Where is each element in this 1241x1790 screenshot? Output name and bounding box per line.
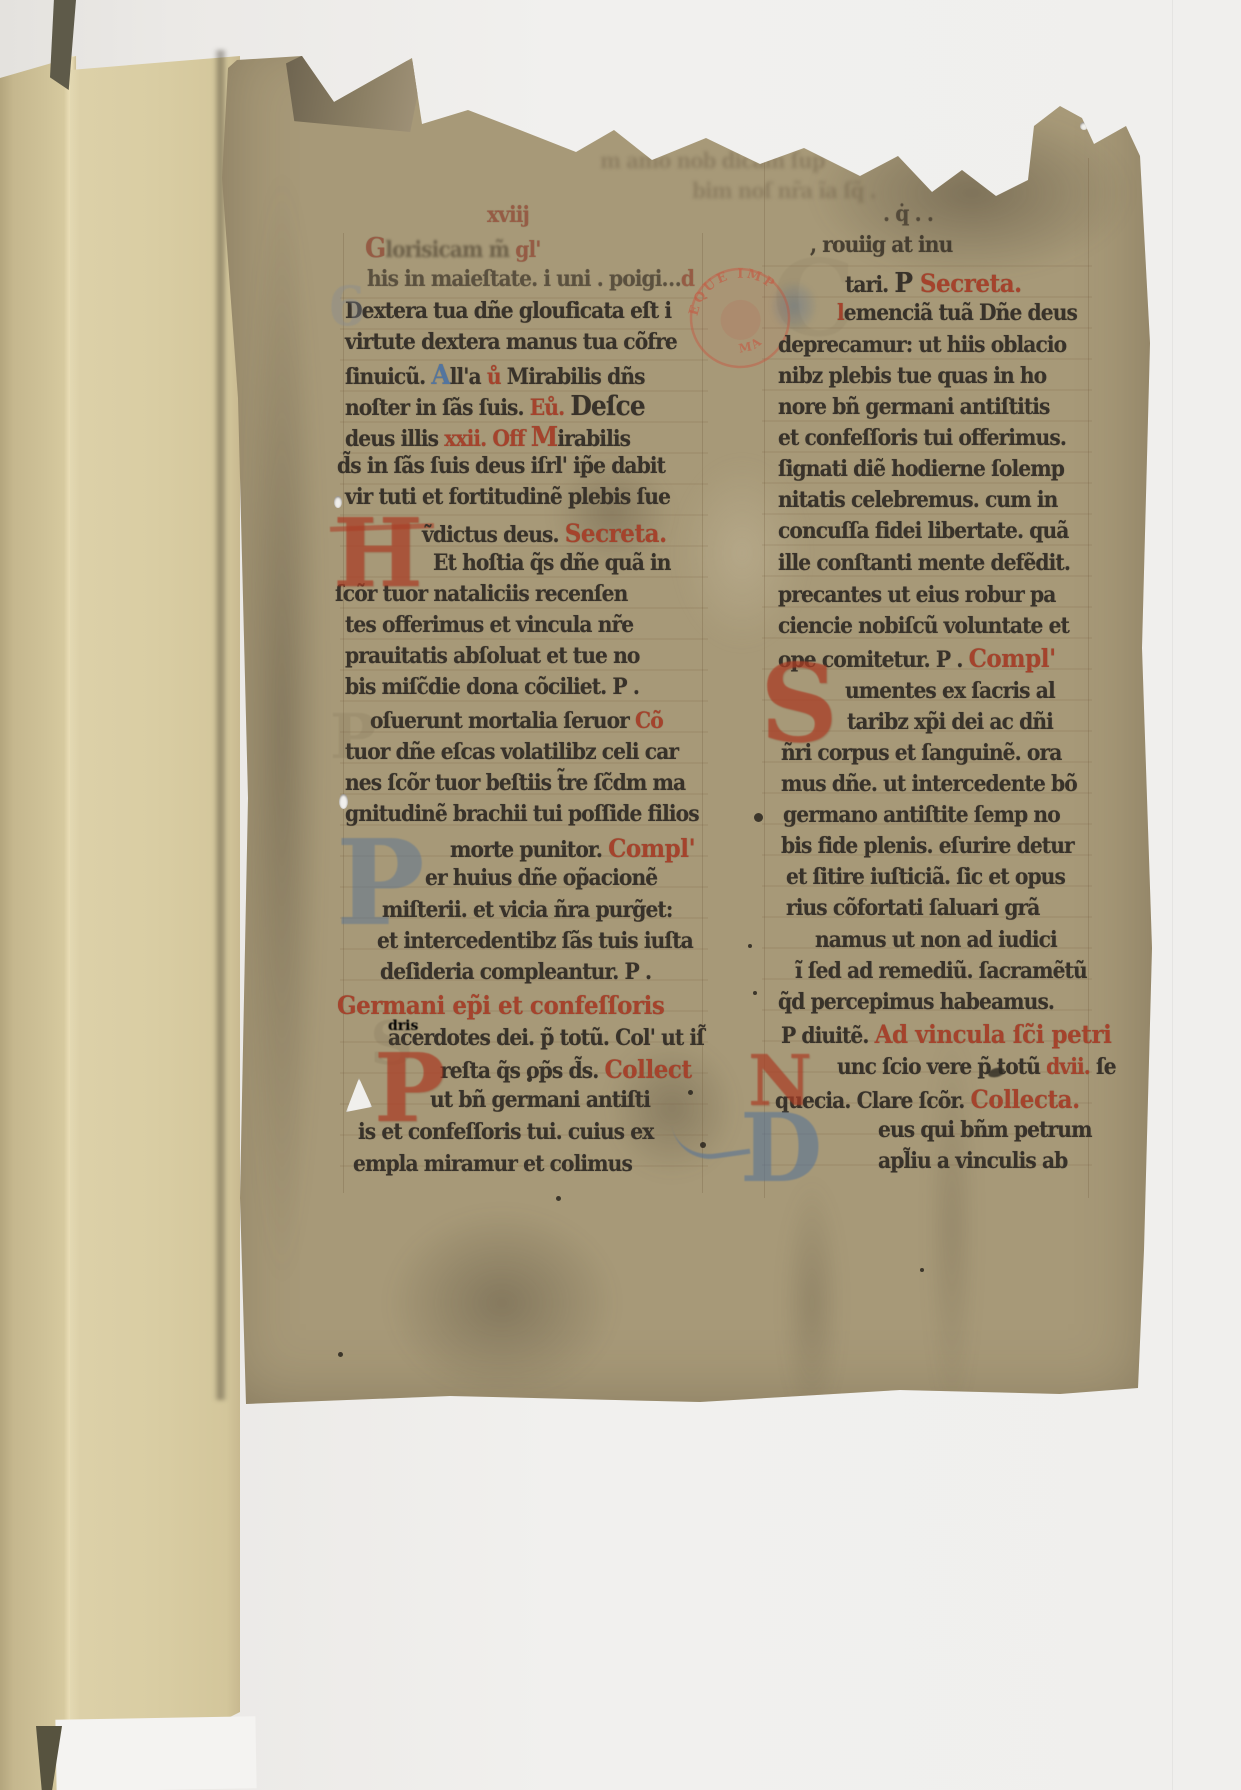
text-run: xxii. Off bbox=[444, 426, 531, 452]
text-run: irabilis bbox=[557, 426, 630, 452]
text-line-left: miſterii. et vicia ñra purg̃et: bbox=[382, 897, 672, 923]
text-run: xviij bbox=[487, 202, 529, 228]
text-run: ĩ ſed ad remediũ. ſacramẽtũ bbox=[795, 958, 1087, 984]
text-line-right: bis fide plenis. eſurire detur bbox=[781, 833, 1074, 859]
text-run: Secreta. bbox=[565, 519, 667, 548]
text-run: et confeſſoris tui offerimus. bbox=[778, 425, 1066, 451]
text-run: Cõ bbox=[635, 708, 663, 734]
text-run: nibz plebis tue quas in ho bbox=[778, 363, 1046, 389]
text-line-right: mus dñe. ut intercedente bõ bbox=[781, 771, 1077, 797]
text-run: Et hoſtia q̃s dñe quã in bbox=[433, 550, 671, 576]
text-run: virtute dextera manus tua cõfre bbox=[345, 329, 677, 355]
text-run: precantes ut eius robur pa bbox=[778, 582, 1055, 608]
text-run: morte punitor. bbox=[450, 837, 608, 863]
text-run: Deſce bbox=[570, 391, 644, 422]
text-line-left: tes offerimus et vincula nr̃e bbox=[345, 612, 633, 638]
text-line-right: apl̃iu a vinculis ab bbox=[878, 1148, 1067, 1174]
text-line-left: prauitatis abſoluat et tue no bbox=[345, 643, 639, 669]
text-run: gl' bbox=[515, 237, 540, 263]
text-run: eus qui bñm petrum bbox=[878, 1117, 1092, 1143]
text-run: germano antiſtite ſemp no bbox=[783, 802, 1060, 828]
text-run: bis fide plenis. eſurire detur bbox=[781, 833, 1074, 859]
text-run: nore bñ germani antiſtitis bbox=[778, 394, 1050, 420]
text-line-left: reſta q̃s op̃s d̃s. Collect bbox=[440, 1055, 692, 1084]
text-run: . q̇ . . bbox=[883, 201, 933, 227]
text-run: umentes ex ſacris al bbox=[845, 678, 1055, 704]
text-run: d̃s in ſãs ſuis deus iſrl' ip̃e dabit bbox=[337, 453, 665, 479]
text-run: Compl' bbox=[608, 834, 695, 863]
initial-h-red: H bbox=[333, 515, 423, 593]
text-run: noſter in ſãs ſuis. bbox=[345, 395, 530, 421]
text-run: rius cõfortati ſaluari grã bbox=[786, 895, 1040, 921]
backing-sheet-bottom bbox=[55, 1716, 256, 1790]
text-line-right: et confeſſoris tui offerimus. bbox=[778, 425, 1066, 451]
text-run: nes ſcõr tuor beſtiis t̃re ſc̃dm ma bbox=[345, 770, 685, 796]
text-line-right: eus qui bñm petrum bbox=[878, 1117, 1092, 1143]
initial-c-ghost: C bbox=[772, 255, 856, 341]
text-run: his in maieſtate. i uni . poigi… bbox=[367, 266, 681, 292]
text-run: Compl' bbox=[969, 644, 1056, 673]
text-run: unc ſcio vere p̃ totũ bbox=[837, 1054, 1046, 1080]
text-run: lorisicam m̃ bbox=[385, 237, 515, 263]
text-run: bis miſc̃die dona cõciliet. P . bbox=[345, 674, 639, 700]
gutter-shadow bbox=[214, 50, 226, 1400]
text-run: apl̃iu a vinculis ab bbox=[878, 1148, 1067, 1174]
ghost-offset-text: m amo nob dicam ſup̃ bbox=[600, 148, 825, 173]
text-run: er huius dñe op̃acionẽ bbox=[425, 865, 657, 891]
text-run: A bbox=[431, 360, 449, 391]
initial-p-red: P bbox=[374, 1050, 445, 1128]
text-line-left: noſter in ſãs ſuis. Eů. Deſce bbox=[345, 391, 645, 422]
text-line-right: germano antiſtite ſemp no bbox=[783, 802, 1060, 828]
text-run: miſterii. et vicia ñra purg̃et: bbox=[382, 897, 672, 923]
text-line-right: tari. P Secreta. bbox=[845, 268, 1022, 299]
text-line-right: q̃d percepimus habeamus. bbox=[778, 989, 1054, 1015]
initial-s-red: S bbox=[760, 660, 838, 749]
text-line-right: ſignati diẽ hodierne ſolemp bbox=[778, 456, 1064, 482]
text-run: concuſſa fidei libertate. quã bbox=[778, 518, 1068, 544]
text-run: ut bñ germani antiſti bbox=[430, 1087, 650, 1113]
text-line-left: er huius dñe op̃acionẽ bbox=[425, 865, 657, 891]
manuscript-leaf: EQUE IMP MA 24 xviijGlorisicam m̃ gl'his… bbox=[222, 28, 1152, 1408]
text-run: ſinuicũ. bbox=[345, 364, 431, 390]
text-run: ů bbox=[487, 364, 507, 390]
margin-paraph: 6 bbox=[328, 284, 366, 328]
text-line-left: bis miſc̃die dona cõciliet. P . bbox=[345, 674, 639, 700]
text-run: taribz xp̃i dei ac dñi bbox=[847, 709, 1053, 735]
scanned-manuscript-photo: { "folio_number": "24", "colors": { "rub… bbox=[0, 0, 1241, 1790]
text-run: tuor dñe eſcas volatilibz celi car bbox=[345, 739, 678, 765]
text-line-left: tuor dñe eſcas volatilibz celi car bbox=[345, 739, 678, 765]
text-line-right: precantes ut eius robur pa bbox=[778, 582, 1055, 608]
text-line-left: his in maieſtate. i uni . poigi…d bbox=[367, 266, 694, 292]
text-line-left: ṽdictus deus. Secreta. bbox=[422, 519, 667, 548]
text-line-left: Glorisicam m̃ gl' bbox=[365, 233, 541, 264]
text-run: Dextera tua dñe glouficata eſt i bbox=[345, 298, 671, 324]
text-line-right: taribz xp̃i dei ac dñi bbox=[847, 709, 1053, 735]
text-run: ſe bbox=[1096, 1054, 1116, 1080]
text-line-right: concuſſa fidei libertate. quã bbox=[778, 518, 1068, 544]
text-run: Ad vincula ſc̃i petri bbox=[875, 1020, 1112, 1049]
text-run: Collecta. bbox=[971, 1085, 1080, 1114]
text-run: ciencie nobiſcũ voluntate et bbox=[778, 613, 1069, 639]
text-line-right: . q̇ . . bbox=[883, 201, 933, 227]
text-line-left: ut bñ germani antiſti bbox=[430, 1087, 650, 1113]
text-line-left: xviij bbox=[487, 202, 529, 228]
text-run: namus ut non ad iudici bbox=[815, 927, 1057, 953]
text-line-left: d̃s in ſãs ſuis deus iſrl' ip̃e dabit bbox=[337, 453, 665, 479]
interlinear-gloss: dris bbox=[388, 1018, 418, 1034]
text-run: deſideria compleantur. P . bbox=[380, 959, 651, 985]
text-line-right: umentes ex ſacris al bbox=[845, 678, 1055, 704]
text-run: G bbox=[365, 233, 385, 264]
folio-number: 24 bbox=[943, 123, 983, 157]
text-line-right: et ſitire iuſticiã. ſic et opus bbox=[786, 864, 1065, 890]
text-line-left: Dextera tua dñe glouficata eſt i bbox=[345, 298, 671, 324]
backing-sheet-seam bbox=[1172, 0, 1173, 1790]
text-run: ṽdictus deus. bbox=[422, 522, 565, 548]
text-run: prauitatis abſoluat et tue no bbox=[345, 643, 639, 669]
text-run: reſta q̃s op̃s d̃s. bbox=[440, 1058, 604, 1084]
text-line-right: namus ut non ad iudici bbox=[815, 927, 1057, 953]
text-line-right: ĩ ſed ad remediũ. ſacramẽtũ bbox=[795, 958, 1087, 984]
text-run: Eů. bbox=[530, 395, 571, 421]
text-run: empla miramur et colimus bbox=[353, 1151, 632, 1177]
text-line-left: deſideria compleantur. P . bbox=[380, 959, 651, 985]
text-line-left: morte punitor. Compl' bbox=[450, 834, 695, 863]
text-line-left: Et hoſtia q̃s dñe quã in bbox=[433, 550, 671, 576]
text-run: P bbox=[894, 268, 919, 299]
text-run: oſuerunt mortalia ſeruor bbox=[370, 708, 635, 734]
text-line-right: ciencie nobiſcũ voluntate et bbox=[778, 613, 1069, 639]
text-line-right: lemenciã tuã Dñe deus bbox=[837, 300, 1077, 326]
text-line-right: nibz plebis tue quas in ho bbox=[778, 363, 1046, 389]
text-run: emenciã tuã Dñe deus bbox=[844, 300, 1077, 326]
text-run: Collect bbox=[604, 1055, 691, 1084]
text-layer: xviijGlorisicam m̃ gl'his in maieſtate. … bbox=[222, 28, 1152, 1408]
ghost-offset-text: ſq̃. bbox=[846, 138, 873, 163]
text-run: Mirabilis dñs bbox=[507, 364, 645, 390]
text-line-left: oſuerunt mortalia ſeruor Cõ bbox=[370, 708, 663, 734]
text-run: ille conſtanti mente defẽdit. bbox=[778, 550, 1070, 576]
text-run: tes offerimus et vincula nr̃e bbox=[345, 612, 633, 638]
text-run: q̃d percepimus habeamus. bbox=[778, 989, 1054, 1015]
text-line-left: empla miramur et colimus bbox=[353, 1151, 632, 1177]
text-run: d bbox=[681, 266, 694, 292]
text-line-right: nore bñ germani antiſtitis bbox=[778, 394, 1050, 420]
text-line-left: ſinuicũ. All'a ů Mirabilis dñs bbox=[345, 360, 645, 391]
text-line-right: nitatis celebremus. cum in bbox=[778, 487, 1057, 513]
text-line-right: unc ſcio vere p̃ totũ dvii. ſe bbox=[837, 1054, 1116, 1080]
initial-p-faded: P bbox=[330, 712, 377, 763]
text-run: dvii. bbox=[1046, 1054, 1096, 1080]
text-line-right: ille conſtanti mente defẽdit. bbox=[778, 550, 1070, 576]
text-run: deus illis bbox=[345, 426, 444, 452]
initial-p-blue: P bbox=[336, 835, 425, 932]
text-line-left: nes ſcõr tuor beſtiis t̃re ſc̃dm ma bbox=[345, 770, 685, 796]
text-run: nitatis celebremus. cum in bbox=[778, 487, 1057, 513]
text-run: mus dñe. ut intercedente bõ bbox=[781, 771, 1077, 797]
text-run: Secreta. bbox=[920, 269, 1022, 298]
ghost-offset-text: bim noſ nr̃a ĩa ſq̃ . bbox=[692, 178, 876, 203]
text-run: M bbox=[531, 422, 558, 453]
text-run: ll'a bbox=[450, 364, 487, 390]
text-run: et ſitire iuſticiã. ſic et opus bbox=[786, 864, 1065, 890]
text-line-right: rius cõfortati ſaluari grã bbox=[786, 895, 1040, 921]
text-line-left: deus illis xxii. Off Mirabilis bbox=[345, 422, 630, 453]
text-line-right: P diuitẽ. Ad vincula ſc̃i petri bbox=[781, 1020, 1111, 1049]
initial-d-blue: D bbox=[740, 1110, 822, 1188]
text-run: ſignati diẽ hodierne ſolemp bbox=[778, 456, 1064, 482]
text-line-left: virtute dextera manus tua cõfre bbox=[345, 329, 677, 355]
